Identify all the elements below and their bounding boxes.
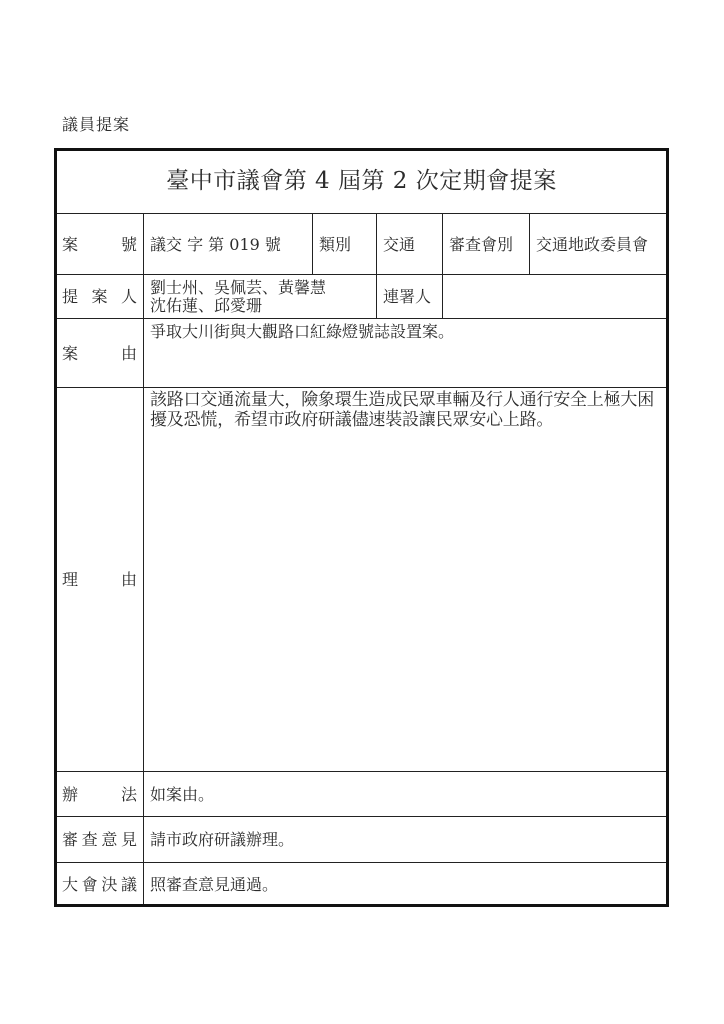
proposers-line-1: 劉士州、吳佩芸、黃馨慧	[150, 279, 370, 297]
subject-label: 案 由	[62, 344, 137, 363]
assembly-resolution-value: 照審查意見通過。	[143, 862, 669, 907]
case-number-label: 案 號	[62, 235, 137, 254]
method-label-cell: 辦 法	[54, 771, 144, 817]
form-title: 臺中市議會第 4 屆第 2 次定期會提案	[54, 148, 669, 214]
assembly-resolution-label-cell: 大會決議	[54, 862, 144, 907]
method-value: 如案由。	[143, 771, 669, 817]
reason-label-cell: 理 由	[54, 387, 144, 772]
method-label: 辦 法	[62, 785, 137, 804]
review-committee-label: 審查會別	[442, 213, 530, 275]
proposers-label: 提 案 人	[62, 287, 137, 306]
reason-label: 理 由	[62, 570, 137, 589]
category-value: 交通	[376, 213, 443, 275]
document-type-label: 議員提案	[62, 115, 130, 135]
review-opinion-value: 請市政府研議辦理。	[143, 816, 669, 863]
subject-value: 爭取大川街與大觀路口紅綠燈號誌設置案。	[143, 318, 669, 388]
cosigners-value	[442, 274, 669, 319]
case-number-value: 議交 字 第 019 號	[143, 213, 313, 275]
proposers-label-cell: 提 案 人	[54, 274, 144, 319]
proposers-line-2: 沈佑蓮、邱愛珊	[150, 297, 370, 315]
review-opinion-label: 審查意見	[62, 830, 137, 849]
review-opinion-label-cell: 審查意見	[54, 816, 144, 863]
review-committee-value: 交通地政委員會	[529, 213, 669, 275]
assembly-resolution-label: 大會決議	[62, 875, 137, 894]
cosigners-label: 連署人	[376, 274, 443, 319]
reason-value: 該路口交通流量大，險象環生造成民眾車輛及行人通行安全上極大困擾及恐慌，希望市政府…	[143, 387, 669, 772]
proposers-value: 劉士州、吳佩芸、黃馨慧 沈佑蓮、邱愛珊	[143, 274, 377, 319]
subject-label-cell: 案 由	[54, 318, 144, 388]
case-number-label-cell: 案 號	[54, 213, 144, 275]
category-label: 類別	[312, 213, 377, 275]
